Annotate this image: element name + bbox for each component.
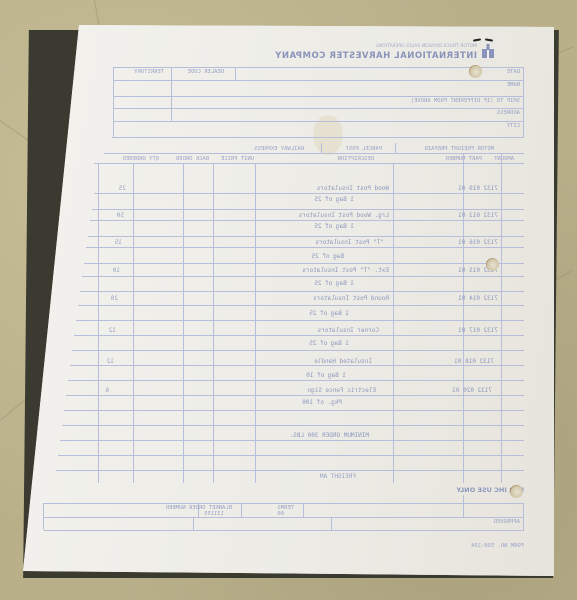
binder-hole — [486, 258, 499, 271]
item-qty: 12 — [109, 327, 116, 334]
company-name: INTERNATIONAL HARVESTER COMPANY — [275, 51, 477, 61]
item-qty: 12 — [107, 358, 114, 365]
part-number: 7132 020 01 — [452, 387, 492, 394]
item-qty: 10 — [113, 267, 120, 274]
column-header: QTY ORDERED — [123, 156, 159, 162]
shipping-label: RAILWAY EXPRESS — [254, 146, 304, 152]
shipping-label: PARCEL POST — [346, 146, 382, 152]
item-pack: 1 Bag of 25 — [314, 196, 354, 203]
part-number: 7132 014 01 — [458, 295, 498, 302]
item-description: Lrg. Wood Post Insulators — [299, 212, 389, 219]
part-number: 7132 018 01 — [454, 358, 494, 365]
column-header: BACK ORDER — [176, 156, 209, 162]
item-description: Insulated Handle — [314, 358, 372, 365]
item-pack: 1 Bag of 25 — [314, 280, 354, 287]
ih-logo-icon — [482, 43, 494, 57]
item-qty: 20 — [111, 295, 118, 302]
item-pack: Pkg. of 100 — [302, 399, 342, 406]
item-description: Round Post Insulators — [313, 295, 389, 302]
column-header: UNIT PRICE — [221, 156, 254, 162]
column-header: AMOUNT — [494, 156, 514, 162]
shipping-label: MOTOR FREIGHT PREPAID — [424, 146, 494, 152]
field-label: SHIP TO (IF DIFFERENT FROM ABOVE) — [411, 98, 520, 104]
freight-total-label: FREIGHT AM — [320, 473, 356, 480]
item-description: Electric Fence Sign — [307, 387, 376, 394]
part-number: 7132 017 01 — [458, 327, 498, 334]
form-number: FORM NO. 550-234 — [471, 543, 524, 549]
item-qty: 50 — [117, 212, 124, 219]
blanket-order-value: 131155 — [204, 511, 224, 517]
item-description: "T" Post Insulators — [315, 239, 384, 246]
part-number: 7132 016 01 — [458, 239, 498, 246]
field-label: DATE — [507, 69, 520, 75]
item-description: Corner Insulators — [318, 327, 379, 334]
item-pack: 1 Bag of 25 — [309, 340, 349, 347]
binder-hole — [510, 485, 523, 498]
field-label: DEALER CODE — [188, 69, 224, 75]
item-description: Ext. "T" Post Insulators — [302, 267, 389, 274]
footer-label: APPROVED — [494, 519, 521, 525]
item-pack: 1 Bag of 25 — [309, 310, 349, 317]
item-qty: 25 — [119, 185, 126, 192]
division-label: MOTOR TRUCK DIVISION SALES OPERATIONS — [376, 44, 477, 49]
item-qty: 15 — [115, 239, 122, 246]
item-pack: Bag of 25 — [311, 253, 344, 260]
item-description: Wood Post Insulators — [317, 185, 389, 192]
field-label: ADDRESS — [497, 110, 520, 116]
part-number: 7132 019 01 — [458, 185, 498, 192]
terms-value: 60 — [277, 511, 284, 517]
field-label: NAME — [507, 82, 520, 88]
minimum-order-note: MINIMUM ORDER 300 LBS. — [290, 432, 369, 439]
order-form-sheet: MOTOR TRUCK DIVISION SALES OPERATIONS IN… — [23, 25, 554, 576]
mirrored-form: MOTOR TRUCK DIVISION SALES OPERATIONS IN… — [23, 25, 554, 576]
field-label: TERRITORY — [134, 69, 164, 75]
item-pack: 1 Bag of 25 — [314, 223, 354, 230]
field-label: CITY — [507, 123, 520, 129]
binder-hole — [469, 65, 482, 78]
part-number: 7132 012 01 — [458, 212, 498, 219]
column-header: DESCRIPTION — [338, 156, 374, 162]
item-qty: 6 — [105, 387, 109, 394]
item-pack: 1 Bag of 10 — [306, 372, 346, 379]
